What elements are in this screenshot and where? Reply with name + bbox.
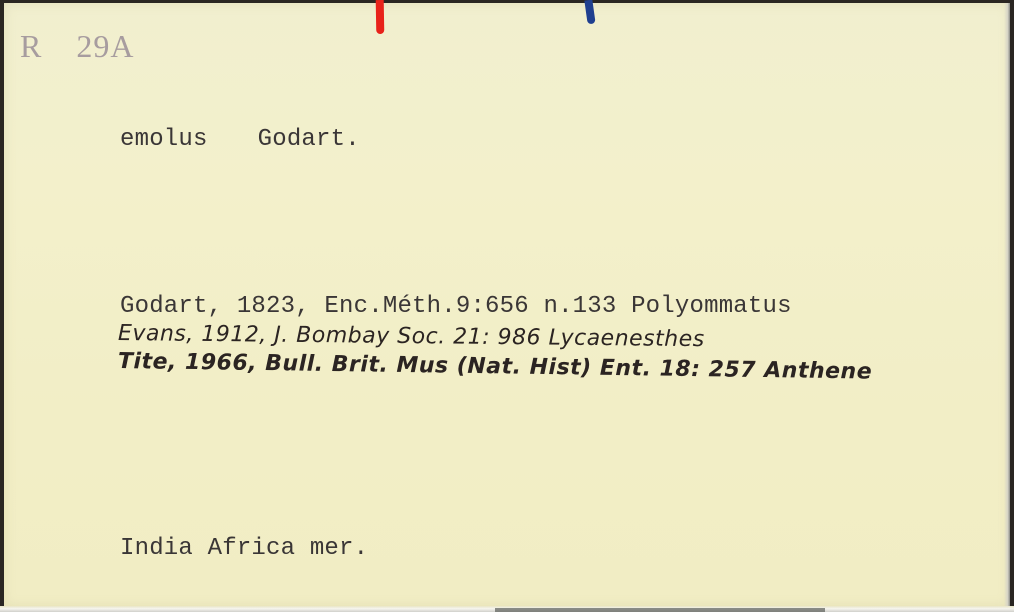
call-number-value: 29A bbox=[76, 28, 134, 64]
distribution: India Africa mer. bbox=[120, 535, 368, 562]
red-tab-marker bbox=[376, 0, 385, 34]
species-heading: emolusGodart. bbox=[120, 126, 360, 153]
call-number-prefix: R bbox=[20, 28, 42, 64]
call-number: R29A bbox=[20, 28, 134, 65]
species-name: emolus bbox=[120, 126, 208, 153]
species-author: Godart. bbox=[258, 126, 360, 153]
scanner-shadow bbox=[495, 608, 825, 612]
original-citation: Godart, 1823, Enc.Méth.9:656 n.133 Polyo… bbox=[120, 293, 792, 320]
